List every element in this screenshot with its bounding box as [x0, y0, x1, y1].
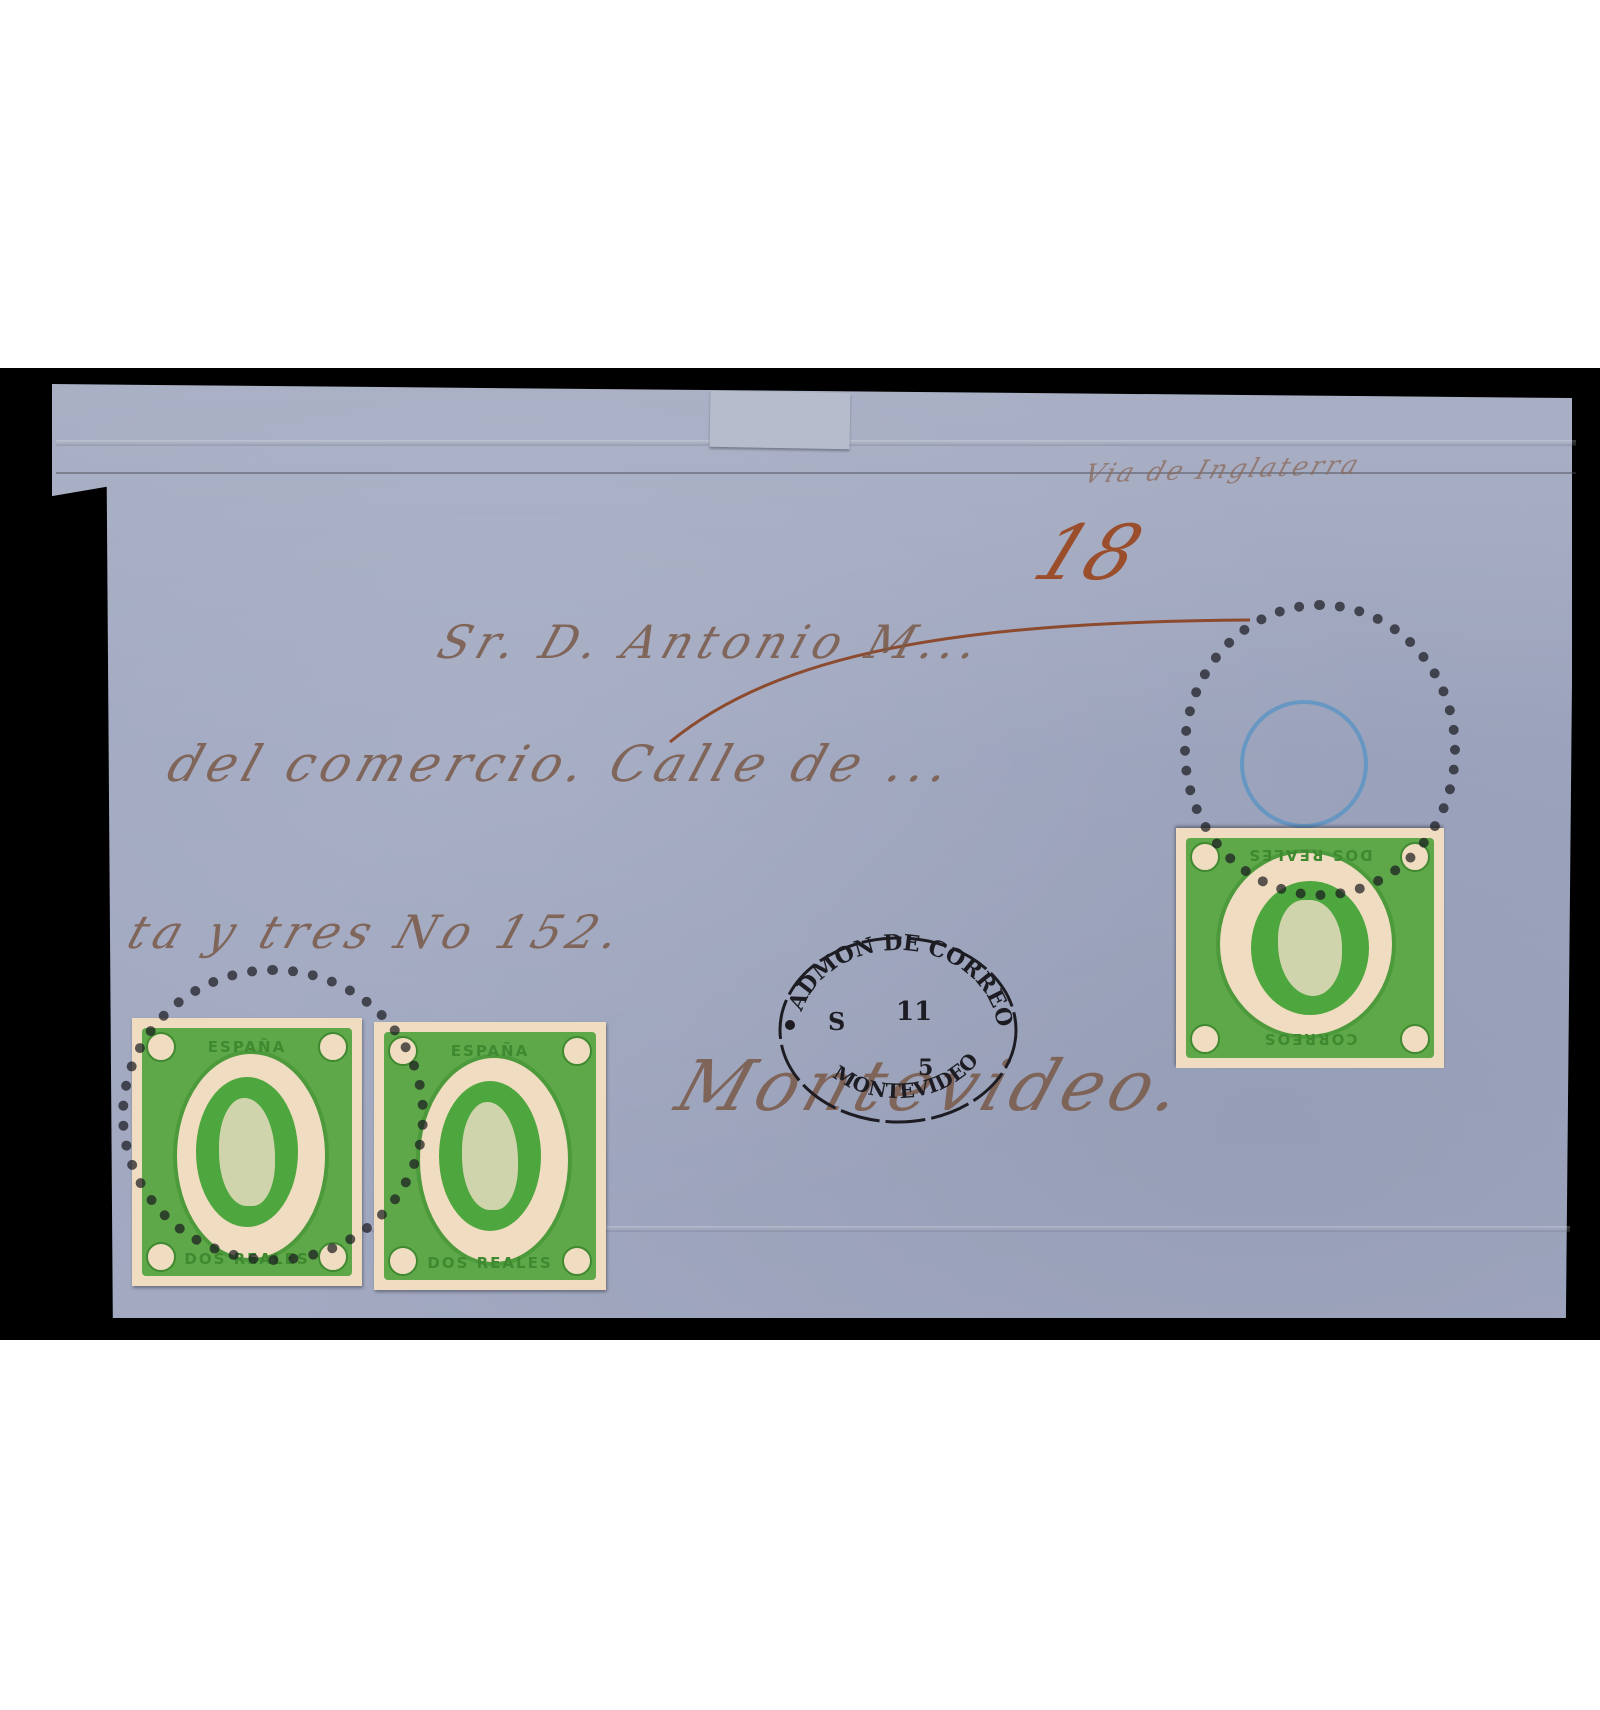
postmark-bottom-text: MONTEVIDEO: [829, 1048, 983, 1103]
grill-cancel-left: [118, 965, 428, 1265]
postmark-date-left: S: [828, 1007, 845, 1036]
torn-flap: [710, 391, 851, 449]
stamp-value: DOS REALES: [374, 1254, 606, 1272]
svg-text:ADMON DE CORREOS: ADMON DE CORREOS: [768, 925, 1018, 1029]
admon-de-correos-postmark: ADMON DE CORREOS MONTEVIDEO S 11 5: [768, 925, 1028, 1125]
address-line-1: Sr. D. Antonio M...: [431, 615, 991, 669]
postmark-date-day: 11: [896, 997, 932, 1027]
postmark-top-text: ADMON DE CORREOS: [768, 925, 1018, 1029]
address-line-2: del comercio. Calle de ...: [161, 735, 964, 793]
svg-text:MONTEVIDEO: MONTEVIDEO: [829, 1048, 983, 1103]
postmark-year-digit: 5: [918, 1055, 933, 1081]
grill-cancel-right: [1180, 600, 1460, 900]
address-line-3: ta y tres No 152.: [121, 905, 633, 959]
stamp-side-text: CORREOS: [1176, 1030, 1444, 1048]
